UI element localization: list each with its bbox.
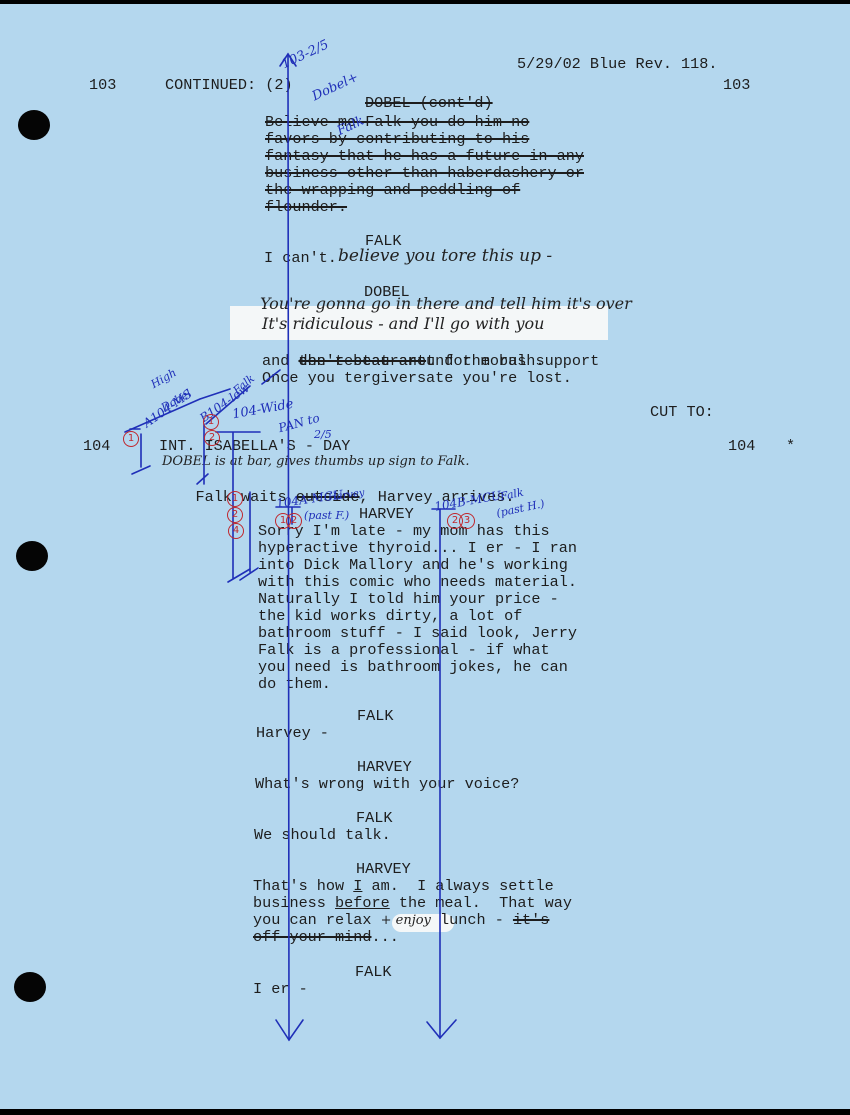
note-line: Falk: [335, 109, 378, 139]
note-line: 103-2/5: [280, 33, 343, 72]
shot-note-104a-past: (past F.): [304, 509, 349, 522]
script-page: 103 CONTINUED: (2) 5/29/02 Blue Rev. 118…: [0, 4, 850, 1109]
coverage-line-103: [288, 54, 289, 1040]
circled-number: 2: [227, 507, 243, 523]
circled-number: 2: [204, 430, 220, 446]
circled-number: 1: [123, 431, 139, 447]
note-line: Dobel+: [310, 71, 361, 105]
circled-number: 2: [286, 513, 302, 529]
circled-number: 1: [227, 491, 243, 507]
shot-coverage-lines: [0, 4, 850, 1109]
shot-note-104-25: 2/5: [314, 428, 332, 441]
circled-number: 1: [203, 414, 219, 430]
circled-number: 3: [459, 513, 475, 529]
circled-number: 4: [228, 523, 244, 539]
